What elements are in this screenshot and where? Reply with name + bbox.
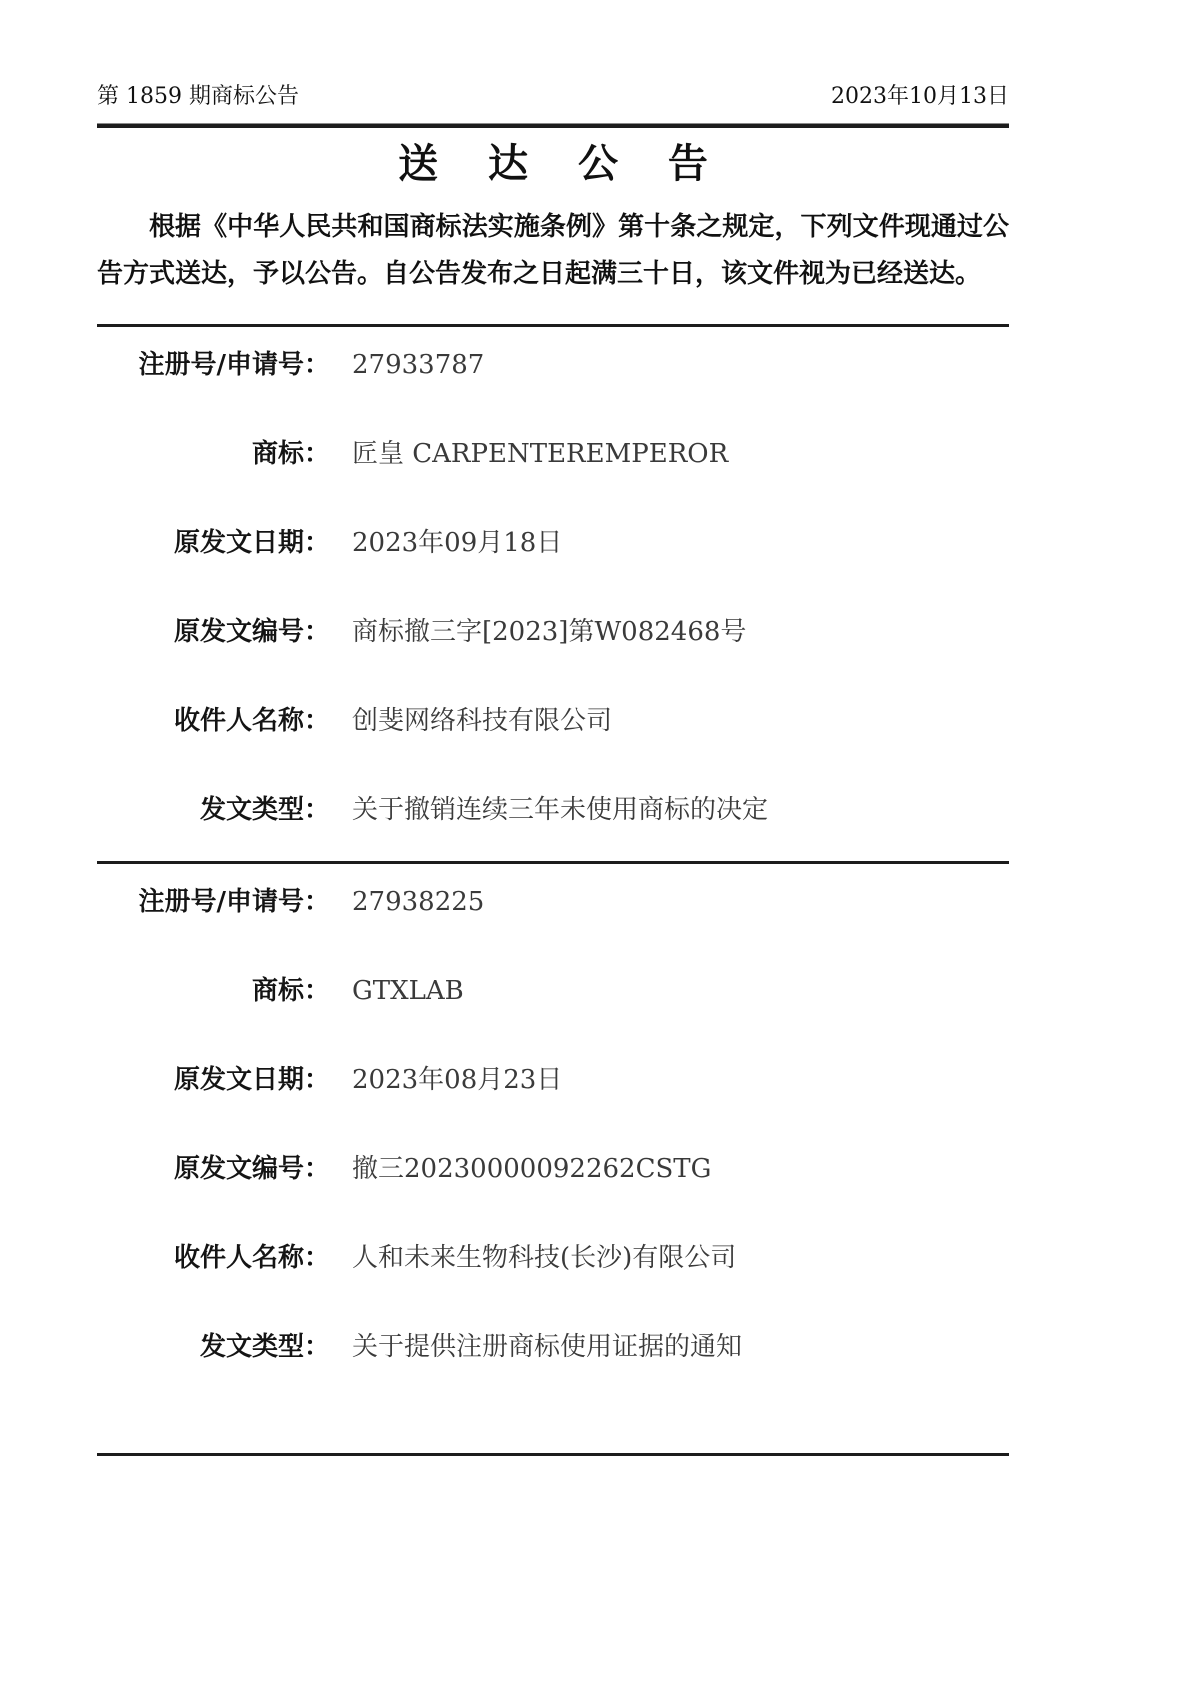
field-row-trademark: 商标： GTXLAB: [97, 953, 1009, 1042]
field-value: 关于撤销连续三年未使用商标的决定: [352, 794, 768, 826]
bottom-divider: [97, 1453, 1009, 1456]
field-row-original-issue-date: 原发文日期： 2023年09月18日: [97, 505, 1009, 594]
field-value: 2023年09月18日: [352, 527, 562, 559]
field-value: 27933787: [352, 349, 484, 381]
field-row-document-type: 发文类型： 关于提供注册商标使用证据的通知: [97, 1309, 1009, 1398]
field-label: 商标：: [97, 975, 330, 1007]
gazette-issue-label: 第 1859 期商标公告: [97, 84, 299, 110]
field-label: 收件人名称：: [97, 705, 330, 737]
record-2: 注册号/申请号： 27938225 商标： GTXLAB 原发文日期： 2023…: [97, 861, 1009, 1398]
gazette-date: 2023年10月13日: [831, 84, 1009, 110]
field-value: 匠皇 CARPENTEREMPEROR: [352, 438, 728, 470]
field-value: 人和未来生物科技(长沙)有限公司: [352, 1242, 736, 1274]
field-label: 原发文编号：: [97, 616, 330, 648]
field-value: GTXLAB: [352, 975, 464, 1007]
page-header: 第 1859 期商标公告 2023年10月13日: [97, 84, 1009, 110]
field-row-recipient-name: 收件人名称： 人和未来生物科技(长沙)有限公司: [97, 1220, 1009, 1309]
record-1: 注册号/申请号： 27933787 商标： 匠皇 CARPENTEREMPERO…: [97, 324, 1009, 861]
field-label: 注册号/申请号：: [97, 886, 330, 918]
field-value: 商标撤三字[2023]第W082468号: [352, 616, 746, 648]
field-label: 收件人名称：: [97, 1242, 330, 1274]
field-row-original-document-number: 原发文编号： 撤三20230000092262CSTG: [97, 1131, 1009, 1220]
field-row-registration-number: 注册号/申请号： 27938225: [97, 864, 1009, 953]
field-value: 创斐网络科技有限公司: [352, 705, 612, 737]
field-label: 原发文编号：: [97, 1153, 330, 1185]
field-label: 商标：: [97, 438, 330, 470]
field-label: 原发文日期：: [97, 1064, 330, 1096]
field-row-recipient-name: 收件人名称： 创斐网络科技有限公司: [97, 683, 1009, 772]
field-row-original-document-number: 原发文编号： 商标撤三字[2023]第W082468号: [97, 594, 1009, 683]
field-label: 发文类型：: [97, 794, 330, 826]
header-divider: [97, 124, 1009, 128]
field-label: 原发文日期：: [97, 527, 330, 559]
field-label: 注册号/申请号：: [97, 349, 330, 381]
page-title: 送 达 公 告: [97, 138, 1009, 190]
field-label: 发文类型：: [97, 1331, 330, 1363]
field-value: 撤三20230000092262CSTG: [352, 1153, 711, 1185]
gazette-page: 第 1859 期商标公告 2023年10月13日 送 达 公 告 根据《中华人民…: [0, 0, 1190, 1684]
field-value: 2023年08月23日: [352, 1064, 562, 1096]
field-row-registration-number: 注册号/申请号： 27933787: [97, 327, 1009, 416]
field-value: 关于提供注册商标使用证据的通知: [352, 1331, 742, 1363]
field-row-original-issue-date: 原发文日期： 2023年08月23日: [97, 1042, 1009, 1131]
field-row-document-type: 发文类型： 关于撤销连续三年未使用商标的决定: [97, 772, 1009, 861]
intro-paragraph: 根据《中华人民共和国商标法实施条例》第十条之规定，下列文件现通过公告方式送达，予…: [97, 204, 1009, 298]
field-value: 27938225: [352, 886, 484, 918]
field-row-trademark: 商标： 匠皇 CARPENTEREMPEROR: [97, 416, 1009, 505]
